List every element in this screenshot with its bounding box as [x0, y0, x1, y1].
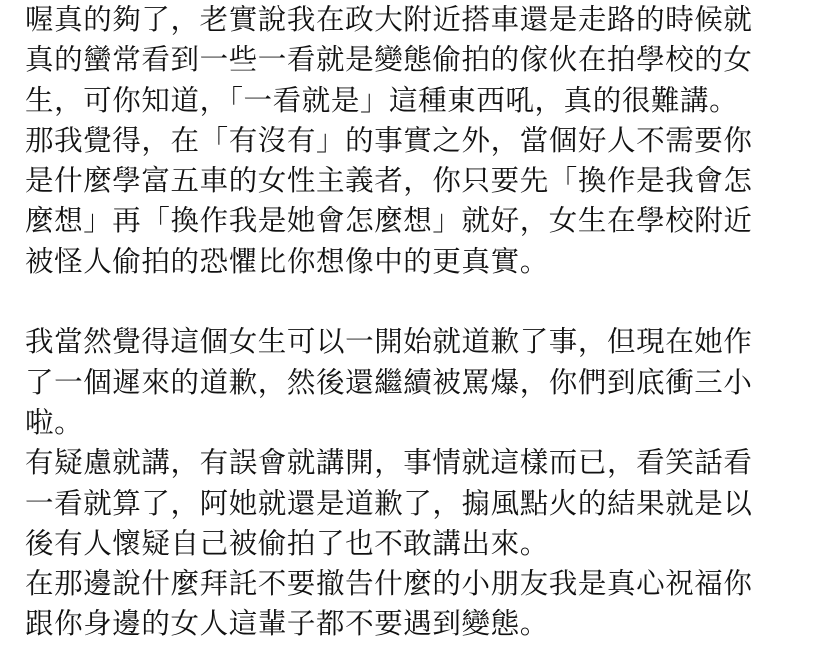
text-line: 麼想」再「換作我是她會怎麼想」就好，女生在學校附近 — [25, 201, 815, 241]
paragraph-spacer — [25, 282, 815, 322]
text-line: 了一個遲來的道歉，然後還繼續被罵爆，你們到底衝三小 — [25, 363, 815, 403]
text-line: 啦。 — [25, 403, 815, 443]
text-line: 我當然覺得這個女生可以一開始就道歉了事，但現在她作 — [25, 322, 815, 362]
text-line: 被怪人偷拍的恐懼比你想像中的更真實。 — [25, 242, 815, 282]
text-line: 喔真的夠了，老實說我在政大附近搭車還是走路的時候就 — [25, 0, 815, 40]
paragraph-2: 我當然覺得這個女生可以一開始就道歉了事，但現在她作 了一個遲來的道歉，然後還繼續… — [25, 322, 815, 644]
text-line: 後有人懷疑自己被偷拍了也不敢講出來。 — [25, 524, 815, 564]
text-line: 在那邊說什麼拜託不要撤告什麼的小朋友我是真心祝福你 — [25, 564, 815, 604]
post-body: 喔真的夠了，老實說我在政大附近搭車還是走路的時候就 真的蠻常看到一些一看就是變態… — [25, 0, 815, 645]
text-line: 是什麼學富五車的女性主義者，你只要先「換作是我會怎 — [25, 161, 815, 201]
text-line: 真的蠻常看到一些一看就是變態偷拍的傢伙在拍學校的女 — [25, 40, 815, 80]
paragraph-1: 喔真的夠了，老實說我在政大附近搭車還是走路的時候就 真的蠻常看到一些一看就是變態… — [25, 0, 815, 282]
text-line: 跟你身邊的女人這輩子都不要遇到變態。 — [25, 604, 815, 644]
text-line: 那我覺得，在「有沒有」的事實之外，當個好人不需要你 — [25, 121, 815, 161]
text-line: 生，可你知道，「一看就是」這種東西吼，真的很難講。 — [25, 81, 815, 121]
text-line: 有疑慮就講，有誤會就講開，事情就這樣而已，看笑話看 — [25, 443, 815, 483]
text-line: 一看就算了，阿她就還是道歉了，搧風點火的結果就是以 — [25, 484, 815, 524]
